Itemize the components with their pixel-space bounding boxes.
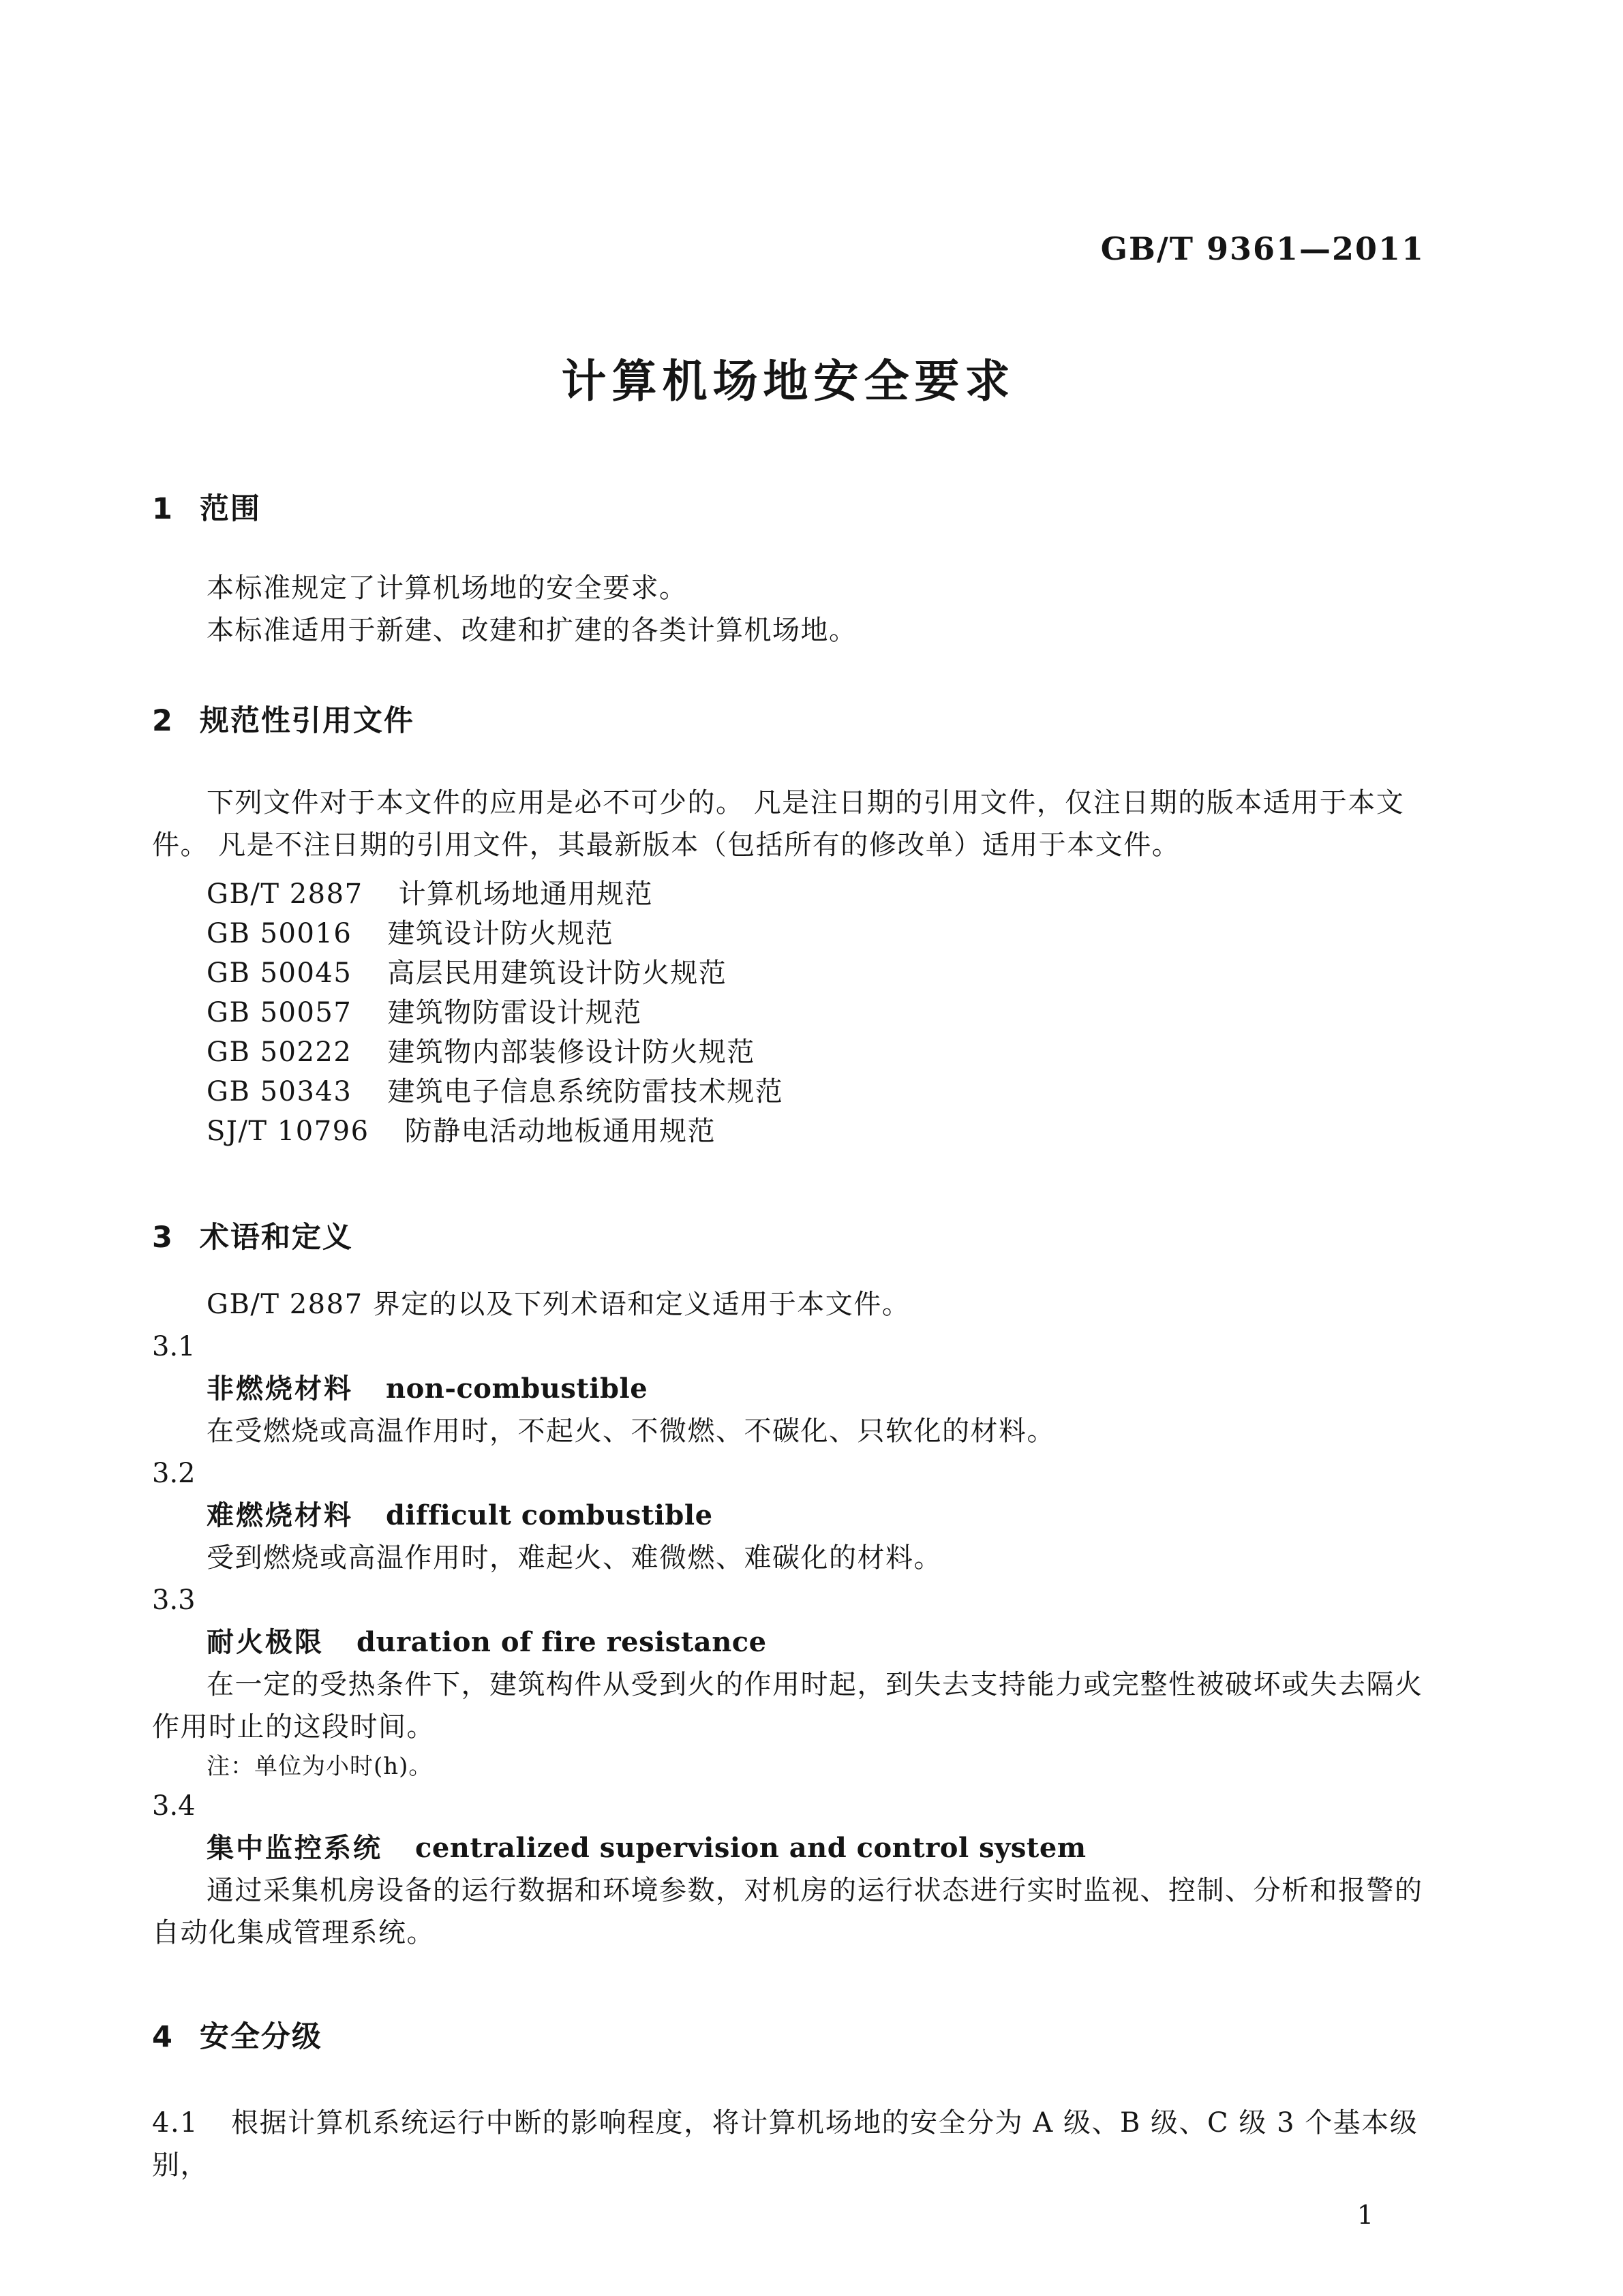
reference-title: 计算机场地通用规范 — [399, 878, 654, 910]
reference-title: 建筑物内部装修设计防火规范 — [387, 1037, 755, 1068]
reference-item: GB 50057建筑物防雷设计规范 — [152, 993, 1425, 1032]
reference-code: GB 50343 — [207, 1076, 352, 1107]
reference-item: GB 50343建筑电子信息系统防雷技术规范 — [152, 1072, 1425, 1112]
term-definition: 受到燃烧或高温作用时，难起火、难微燃、难碳化的材料。 — [152, 1537, 1425, 1579]
reference-code: GB 50016 — [207, 918, 352, 949]
section-1-number: 1 — [152, 492, 174, 526]
clause-text: 根据计算机系统运行中断的影响程度，将计算机场地的安全分为 A 级、B 级、C 级… — [152, 2107, 1418, 2181]
section-3-number: 3 — [152, 1221, 174, 1255]
term-definition: 在受燃烧或高温作用时，不起火、不微燃、不碳化、只软化的材料。 — [152, 1410, 1425, 1452]
scope-paragraph-1: 本标准规定了计算机场地的安全要求。 — [152, 567, 1425, 609]
term-number: 3.4 — [152, 1785, 1425, 1827]
term-definition: 在一定的受热条件下，建筑构件从受到火的作用时起，到失去支持能力或完整性被破坏或失… — [152, 1664, 1425, 1748]
reference-item: GB 50016建筑设计防火规范 — [152, 914, 1425, 953]
scope-paragraph-2: 本标准适用于新建、改建和扩建的各类计算机场地。 — [152, 609, 1425, 652]
term-line: 耐火极限duration of fire resistance — [152, 1621, 1425, 1664]
term-line: 非燃烧材料non-combustible — [152, 1368, 1425, 1410]
document-title: 计算机场地安全要求 — [152, 354, 1425, 409]
reference-title: 建筑设计防火规范 — [387, 918, 613, 949]
section-3-heading: 3术语和定义 — [152, 1219, 1425, 1256]
clause-number: 4.1 — [152, 2107, 198, 2139]
term-number: 3.2 — [152, 1452, 1425, 1495]
reference-item: SJ/T 10796防静电活动地板通用规范 — [152, 1112, 1425, 1151]
term-en: difficult combustible — [386, 1499, 713, 1531]
term-note: 注：单位为小时(h)。 — [152, 1748, 1425, 1785]
section-4-title: 安全分级 — [200, 2020, 322, 2054]
standard-number: GB/T 9361—2011 — [152, 232, 1425, 266]
normative-references-intro: 下列文件对于本文件的应用是必不可少的。 凡是注日期的引用文件，仅注日期的版本适用… — [152, 782, 1425, 866]
reference-code: GB 50222 — [207, 1037, 352, 1068]
reference-item: GB 50222建筑物内部装修设计防火规范 — [152, 1032, 1425, 1072]
reference-title: 建筑电子信息系统防雷技术规范 — [387, 1076, 783, 1107]
reference-code: GB 50045 — [207, 958, 352, 989]
section-1-title: 范围 — [200, 492, 261, 526]
reference-item: GB/T 2887计算机场地通用规范 — [152, 874, 1425, 914]
term-zh: 非燃烧材料 — [207, 1373, 353, 1405]
reference-title: 建筑物防雷设计规范 — [387, 997, 642, 1028]
term-number: 3.3 — [152, 1579, 1425, 1621]
section-4-heading: 4安全分级 — [152, 2019, 1425, 2055]
reference-code: SJ/T 10796 — [207, 1116, 369, 1147]
term-en: duration of fire resistance — [357, 1626, 767, 1658]
section-1-heading: 1范围 — [152, 491, 1425, 527]
section-2-title: 规范性引用文件 — [200, 704, 414, 738]
term-definition: 通过采集机房设备的运行数据和环境参数，对机房的运行状态进行实时监视、控制、分析和… — [152, 1869, 1425, 1954]
section-2-heading: 2规范性引用文件 — [152, 703, 1425, 739]
page-number: 1 — [152, 2200, 1425, 2230]
term-line: 难燃烧材料difficult combustible — [152, 1495, 1425, 1537]
section-3-title: 术语和定义 — [200, 1221, 353, 1255]
reference-item: GB 50045高层民用建筑设计防火规范 — [152, 953, 1425, 993]
section-2-number: 2 — [152, 704, 174, 738]
term-zh: 难燃烧材料 — [207, 1500, 353, 1531]
document-page: GB/T 9361—2011 计算机场地安全要求 1范围 本标准规定了计算机场地… — [0, 0, 1623, 2296]
reference-code: GB/T 2887 — [207, 878, 363, 910]
reference-title: 防静电活动地板通用规范 — [405, 1116, 716, 1147]
terms-intro: GB/T 2887 界定的以及下列术语和定义适用于本文件。 — [152, 1283, 1425, 1326]
term-line: 集中监控系统centralized supervision and contro… — [152, 1827, 1425, 1869]
section-4-number: 4 — [152, 2020, 174, 2054]
term-en: centralized supervision and control syst… — [415, 1832, 1087, 1864]
term-zh: 耐火极限 — [207, 1627, 324, 1658]
reference-code: GB 50057 — [207, 997, 352, 1028]
term-zh: 集中监控系统 — [207, 1833, 382, 1864]
reference-title: 高层民用建筑设计防火规范 — [387, 958, 727, 989]
term-en: non-combustible — [386, 1373, 648, 1405]
term-number: 3.1 — [152, 1326, 1425, 1368]
reference-list: GB/T 2887计算机场地通用规范 GB 50016建筑设计防火规范 GB 5… — [152, 874, 1425, 1151]
clause-4-1: 4.1根据计算机系统运行中断的影响程度，将计算机场地的安全分为 A 级、B 级、… — [152, 2102, 1425, 2186]
